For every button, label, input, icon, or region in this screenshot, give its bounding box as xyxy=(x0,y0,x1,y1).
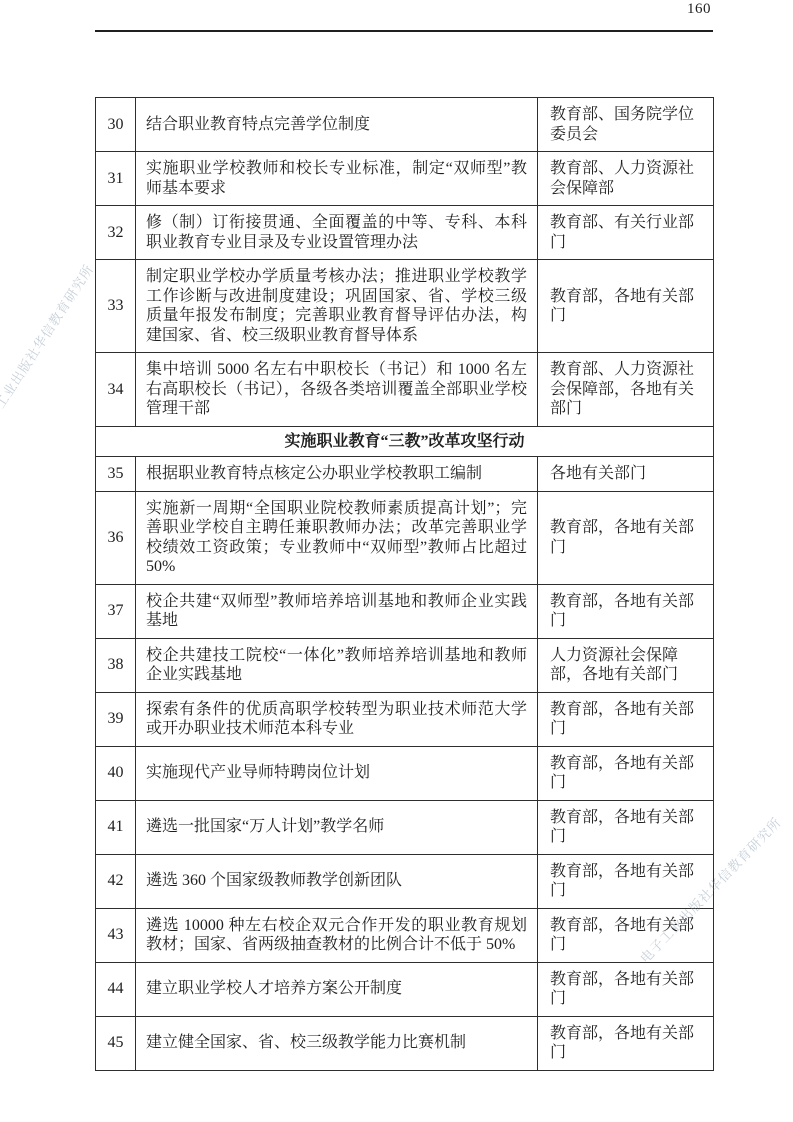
table-row: 38校企共建技工院校“一体化”教师培养培训基地和教师企业实践基地人力资源社会保障… xyxy=(96,638,714,692)
row-number-cell: 36 xyxy=(96,491,136,584)
section-title: 实施职业教育“三教”改革攻坚行动 xyxy=(96,426,714,457)
row-number-cell: 44 xyxy=(96,962,136,1016)
section-row: 实施职业教育“三教”改革攻坚行动 xyxy=(96,426,714,457)
department-cell: 人力资源社会保障部，各地有关部门 xyxy=(538,638,714,692)
row-number-cell: 30 xyxy=(96,98,136,152)
table-row: 33制定职业学校办学质量考核办法；推进职业学校教学工作诊断与改进制度建设；巩固国… xyxy=(96,260,714,353)
page-number: 160 xyxy=(687,1,711,18)
task-table-body: 30结合职业教育特点完善学位制度教育部、国务院学位委员会31实施职业学校教师和校… xyxy=(96,98,714,1071)
table-row: 37校企共建“双师型”教师培养培训基地和教师企业实践基地教育部，各地有关部门 xyxy=(96,584,714,638)
table-row: 31实施职业学校教师和校长专业标准，制定“双师型”教师基本要求教育部、人力资源社… xyxy=(96,152,714,206)
task-cell: 遴选 10000 种左右校企双元合作开发的职业教育规划教材；国家、省两级抽查教材… xyxy=(136,908,538,962)
department-cell: 教育部、人力资源社会保障部，各地有关部门 xyxy=(538,353,714,427)
table-row: 39探索有条件的优质高职学校转型为职业技术师范大学或开办职业技术师范本科专业教育… xyxy=(96,692,714,746)
task-cell: 遴选一批国家“万人计划”教学名师 xyxy=(136,800,538,854)
task-cell: 探索有条件的优质高职学校转型为职业技术师范大学或开办职业技术师范本科专业 xyxy=(136,692,538,746)
task-cell: 建立职业学校人才培养方案公开制度 xyxy=(136,962,538,1016)
row-number-cell: 32 xyxy=(96,206,136,260)
task-cell: 修（制）订衔接贯通、全面覆盖的中等、专科、本科职业教育专业目录及专业设置管理办法 xyxy=(136,206,538,260)
table-row: 41遴选一批国家“万人计划”教学名师教育部，各地有关部门 xyxy=(96,800,714,854)
table-row: 36实施新一周期“全国职业院校教师素质提高计划”；完善职业学校自主聘任兼职教师办… xyxy=(96,491,714,584)
department-cell: 教育部，各地有关部门 xyxy=(538,908,714,962)
header-rule xyxy=(95,30,713,32)
department-cell: 教育部，各地有关部门 xyxy=(538,746,714,800)
table-row: 42遴选 360 个国家级教师教学创新团队教育部，各地有关部门 xyxy=(96,854,714,908)
task-cell: 遴选 360 个国家级教师教学创新团队 xyxy=(136,854,538,908)
row-number-cell: 43 xyxy=(96,908,136,962)
table-row: 34集中培训 5000 名左右中职校长（书记）和 1000 名左右高职校长（书记… xyxy=(96,353,714,427)
department-cell: 教育部、人力资源社会保障部 xyxy=(538,152,714,206)
row-number-cell: 40 xyxy=(96,746,136,800)
task-cell: 校企共建“双师型”教师培养培训基地和教师企业实践基地 xyxy=(136,584,538,638)
task-cell: 校企共建技工院校“一体化”教师培养培训基地和教师企业实践基地 xyxy=(136,638,538,692)
table-row: 35根据职业教育特点核定公办职业学校教职工编制各地有关部门 xyxy=(96,457,714,492)
table-row: 40实施现代产业导师特聘岗位计划教育部，各地有关部门 xyxy=(96,746,714,800)
task-cell: 制定职业学校办学质量考核办法；推进职业学校教学工作诊断与改进制度建设；巩固国家、… xyxy=(136,260,538,353)
row-number-cell: 35 xyxy=(96,457,136,492)
task-cell: 实施职业学校教师和校长专业标准，制定“双师型”教师基本要求 xyxy=(136,152,538,206)
department-cell: 教育部、国务院学位委员会 xyxy=(538,98,714,152)
table-row: 44建立职业学校人才培养方案公开制度教育部，各地有关部门 xyxy=(96,962,714,1016)
table-row: 43遴选 10000 种左右校企双元合作开发的职业教育规划教材；国家、省两级抽查… xyxy=(96,908,714,962)
row-number-cell: 34 xyxy=(96,353,136,427)
table-row: 45建立健全国家、省、校三级教学能力比赛机制教育部，各地有关部门 xyxy=(96,1016,714,1070)
row-number-cell: 45 xyxy=(96,1016,136,1070)
department-cell: 教育部，各地有关部门 xyxy=(538,260,714,353)
task-cell: 集中培训 5000 名左右中职校长（书记）和 1000 名左右高职校长（书记），… xyxy=(136,353,538,427)
department-cell: 教育部，各地有关部门 xyxy=(538,584,714,638)
row-number-cell: 33 xyxy=(96,260,136,353)
row-number-cell: 42 xyxy=(96,854,136,908)
row-number-cell: 39 xyxy=(96,692,136,746)
row-number-cell: 38 xyxy=(96,638,136,692)
department-cell: 各地有关部门 xyxy=(538,457,714,492)
department-cell: 教育部，各地有关部门 xyxy=(538,692,714,746)
task-table: 30结合职业教育特点完善学位制度教育部、国务院学位委员会31实施职业学校教师和校… xyxy=(95,97,714,1071)
department-cell: 教育部、有关行业部门 xyxy=(538,206,714,260)
department-cell: 教育部，各地有关部门 xyxy=(538,1016,714,1070)
department-cell: 教育部，各地有关部门 xyxy=(538,491,714,584)
task-cell: 结合职业教育特点完善学位制度 xyxy=(136,98,538,152)
row-number-cell: 41 xyxy=(96,800,136,854)
department-cell: 教育部，各地有关部门 xyxy=(538,962,714,1016)
table-row: 30结合职业教育特点完善学位制度教育部、国务院学位委员会 xyxy=(96,98,714,152)
row-number-cell: 37 xyxy=(96,584,136,638)
task-cell: 建立健全国家、省、校三级教学能力比赛机制 xyxy=(136,1016,538,1070)
task-cell: 实施现代产业导师特聘岗位计划 xyxy=(136,746,538,800)
department-cell: 教育部，各地有关部门 xyxy=(538,854,714,908)
department-cell: 教育部，各地有关部门 xyxy=(538,800,714,854)
task-cell: 实施新一周期“全国职业院校教师素质提高计划”；完善职业学校自主聘任兼职教师办法；… xyxy=(136,491,538,584)
task-cell: 根据职业教育特点核定公办职业学校教职工编制 xyxy=(136,457,538,492)
publisher-watermark: 电子工业出版社华信教育研究所 xyxy=(0,260,97,435)
table-row: 32修（制）订衔接贯通、全面覆盖的中等、专科、本科职业教育专业目录及专业设置管理… xyxy=(96,206,714,260)
row-number-cell: 31 xyxy=(96,152,136,206)
